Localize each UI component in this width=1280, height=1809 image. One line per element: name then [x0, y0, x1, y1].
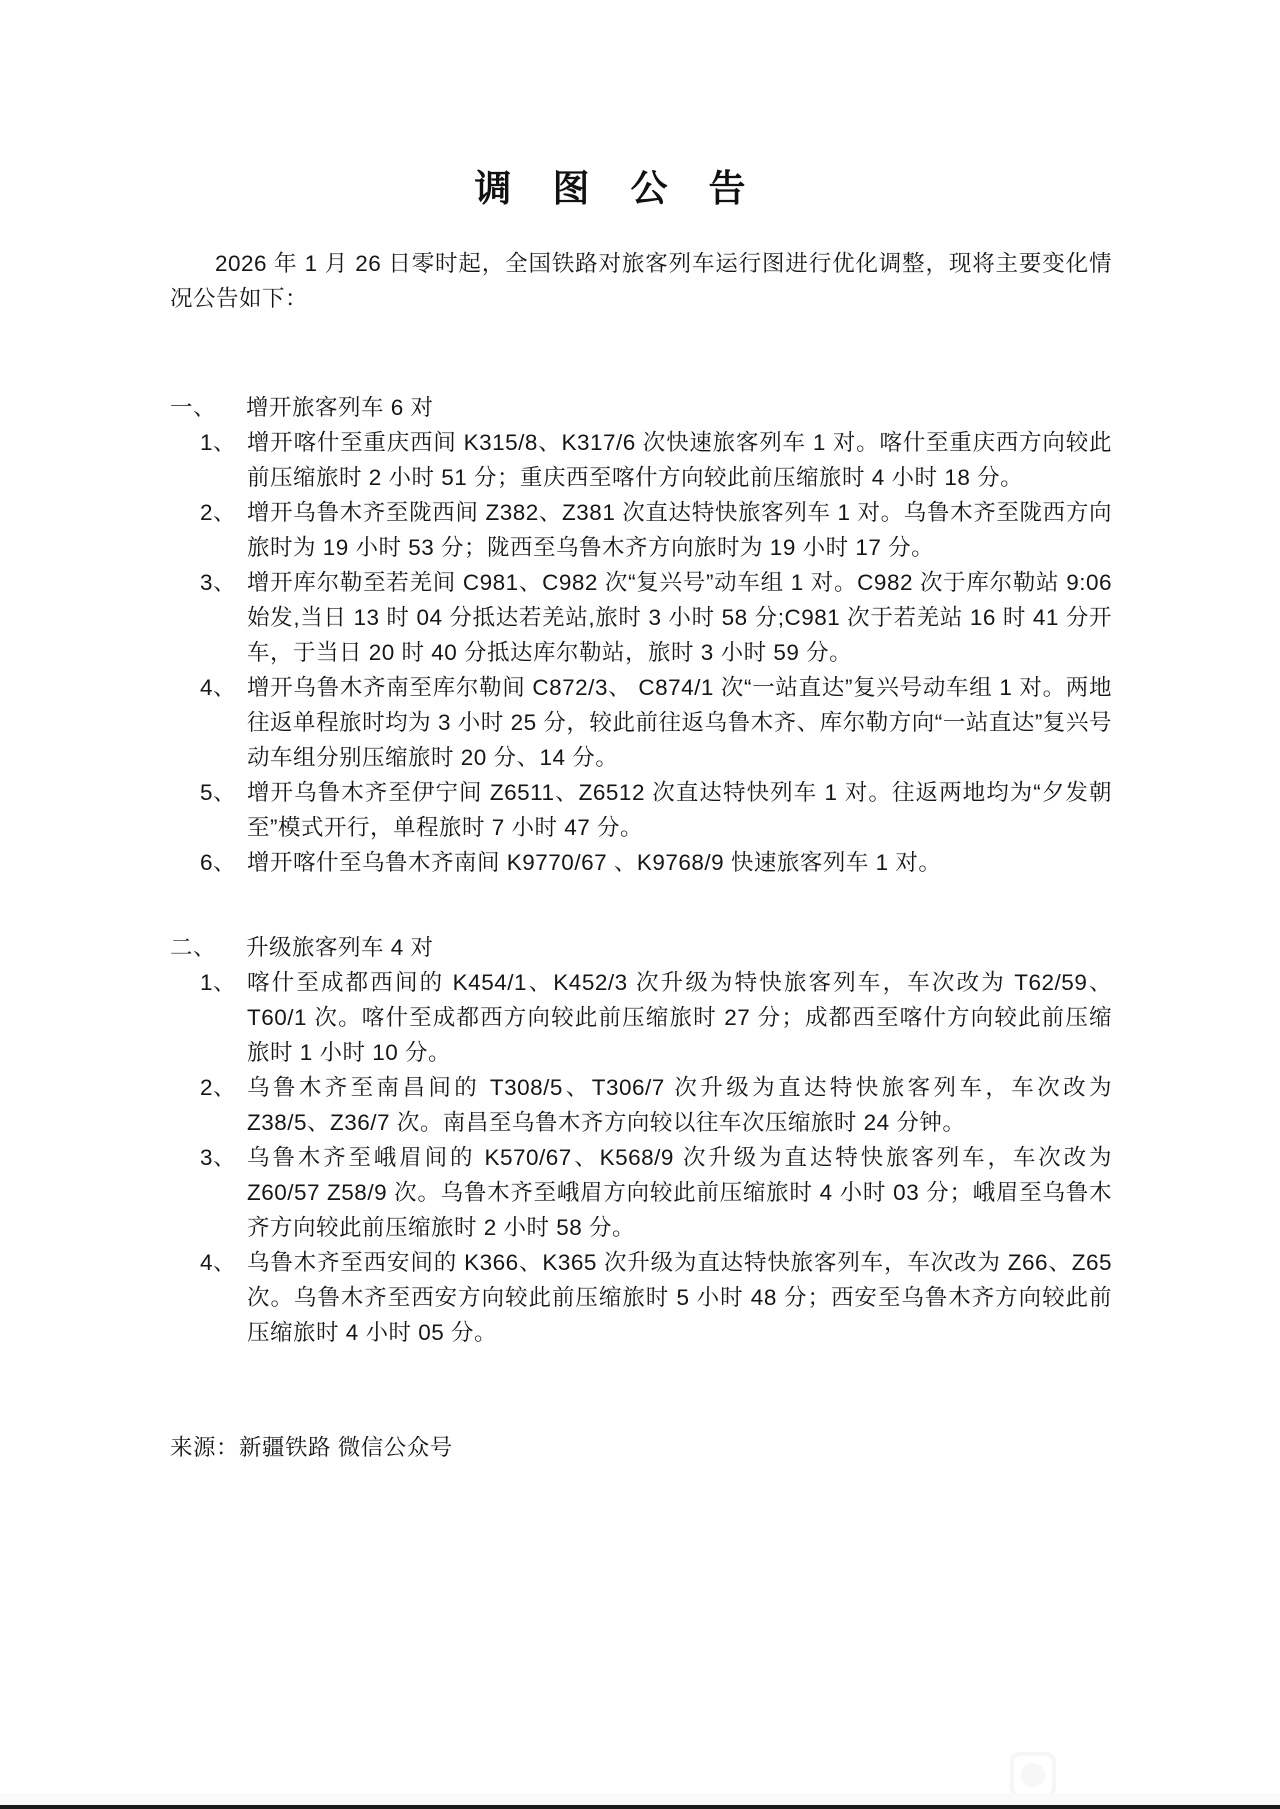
list-item: 1、 增开喀什至重庆西间 K315/8、K317/6 次快速旅客列车 1 对。喀…	[200, 425, 1112, 495]
section-heading: 二、 升级旅客列车 4 对	[170, 930, 1112, 965]
item-number: 4、	[200, 670, 247, 775]
item-text: 增开喀什至重庆西间 K315/8、K317/6 次快速旅客列车 1 对。喀什至重…	[247, 425, 1112, 495]
item-text: 喀什至成都西间的 K454/1、K452/3 次升级为特快旅客列车，车次改为 T…	[247, 965, 1112, 1070]
list-item: 2、 增开乌鲁木齐至陇西间 Z382、Z381 次直达特快旅客列车 1 对。乌鲁…	[200, 495, 1112, 565]
list-item: 6、 增开喀什至乌鲁木齐南间 K9770/67 、K9768/9 快速旅客列车 …	[200, 845, 1112, 880]
item-number: 3、	[200, 1140, 247, 1245]
item-text: 乌鲁木齐至峨眉间的 K570/67、K568/9 次升级为直达特快旅客列车，车次…	[247, 1140, 1112, 1245]
item-text: 增开乌鲁木齐至伊宁间 Z6511、Z6512 次直达特快列车 1 对。往返两地均…	[247, 775, 1112, 845]
announcement-document: 调 图 公 告 2026 年 1 月 26 日零时起，全国铁路对旅客列车运行图进…	[0, 0, 1280, 1488]
list-item: 5、 增开乌鲁木齐至伊宁间 Z6511、Z6512 次直达特快列车 1 对。往返…	[200, 775, 1112, 845]
item-number: 2、	[200, 495, 247, 565]
faint-logo-watermark	[1010, 1752, 1056, 1798]
section-add-trains: 一、 增开旅客列车 6 对 1、 增开喀什至重庆西间 K315/8、K317/6…	[170, 390, 1112, 880]
item-text: 增开乌鲁木齐至陇西间 Z382、Z381 次直达特快旅客列车 1 对。乌鲁木齐至…	[247, 495, 1112, 565]
item-number: 1、	[200, 425, 247, 495]
intro-paragraph: 2026 年 1 月 26 日零时起，全国铁路对旅客列车运行图进行优化调整，现将…	[170, 246, 1112, 316]
item-number: 5、	[200, 775, 247, 845]
section-marker: 一、	[170, 390, 246, 425]
item-number: 1、	[200, 965, 247, 1070]
item-text: 增开喀什至乌鲁木齐南间 K9770/67 、K9768/9 快速旅客列车 1 对…	[247, 845, 1112, 880]
bottom-edge-bar	[0, 1805, 1280, 1809]
item-text: 增开乌鲁木齐南至库尔勒间 C872/3、 C874/1 次“一站直达”复兴号动车…	[247, 670, 1112, 775]
item-number: 2、	[200, 1070, 247, 1140]
item-number: 3、	[200, 565, 247, 670]
item-text: 增开库尔勒至若羌间 C981、C982 次“复兴号”动车组 1 对。C982 次…	[247, 565, 1112, 670]
list-item: 3、 增开库尔勒至若羌间 C981、C982 次“复兴号”动车组 1 对。C98…	[200, 565, 1112, 670]
list-item: 4、 增开乌鲁木齐南至库尔勒间 C872/3、 C874/1 次“一站直达”复兴…	[200, 670, 1112, 775]
bottom-strip	[0, 1793, 1280, 1805]
section-heading: 一、 增开旅客列车 6 对	[170, 390, 1112, 425]
watermark-inner-shape	[1021, 1763, 1045, 1787]
list-item: 3、 乌鲁木齐至峨眉间的 K570/67、K568/9 次升级为直达特快旅客列车…	[200, 1140, 1112, 1245]
section-upgrade-trains: 二、 升级旅客列车 4 对 1、 喀什至成都西间的 K454/1、K452/3 …	[170, 930, 1112, 1350]
item-number: 4、	[200, 1245, 247, 1350]
item-text: 乌鲁木齐至西安间的 K366、K365 次升级为直达特快旅客列车，车次改为 Z6…	[247, 1245, 1112, 1350]
section-heading-text: 增开旅客列车 6 对	[246, 390, 1112, 425]
source-attribution: 来源：新疆铁路 微信公众号	[170, 1430, 1112, 1465]
item-text: 乌鲁木齐至南昌间的 T308/5、T306/7 次升级为直达特快旅客列车，车次改…	[247, 1070, 1112, 1140]
item-number: 6、	[200, 845, 247, 880]
page-title: 调 图 公 告	[170, 158, 1052, 212]
list-item: 4、 乌鲁木齐至西安间的 K366、K365 次升级为直达特快旅客列车，车次改为…	[200, 1245, 1112, 1350]
list-item: 2、 乌鲁木齐至南昌间的 T308/5、T306/7 次升级为直达特快旅客列车，…	[200, 1070, 1112, 1140]
section-marker: 二、	[170, 930, 246, 965]
list-item: 1、 喀什至成都西间的 K454/1、K452/3 次升级为特快旅客列车，车次改…	[200, 965, 1112, 1070]
section-heading-text: 升级旅客列车 4 对	[246, 930, 1112, 965]
